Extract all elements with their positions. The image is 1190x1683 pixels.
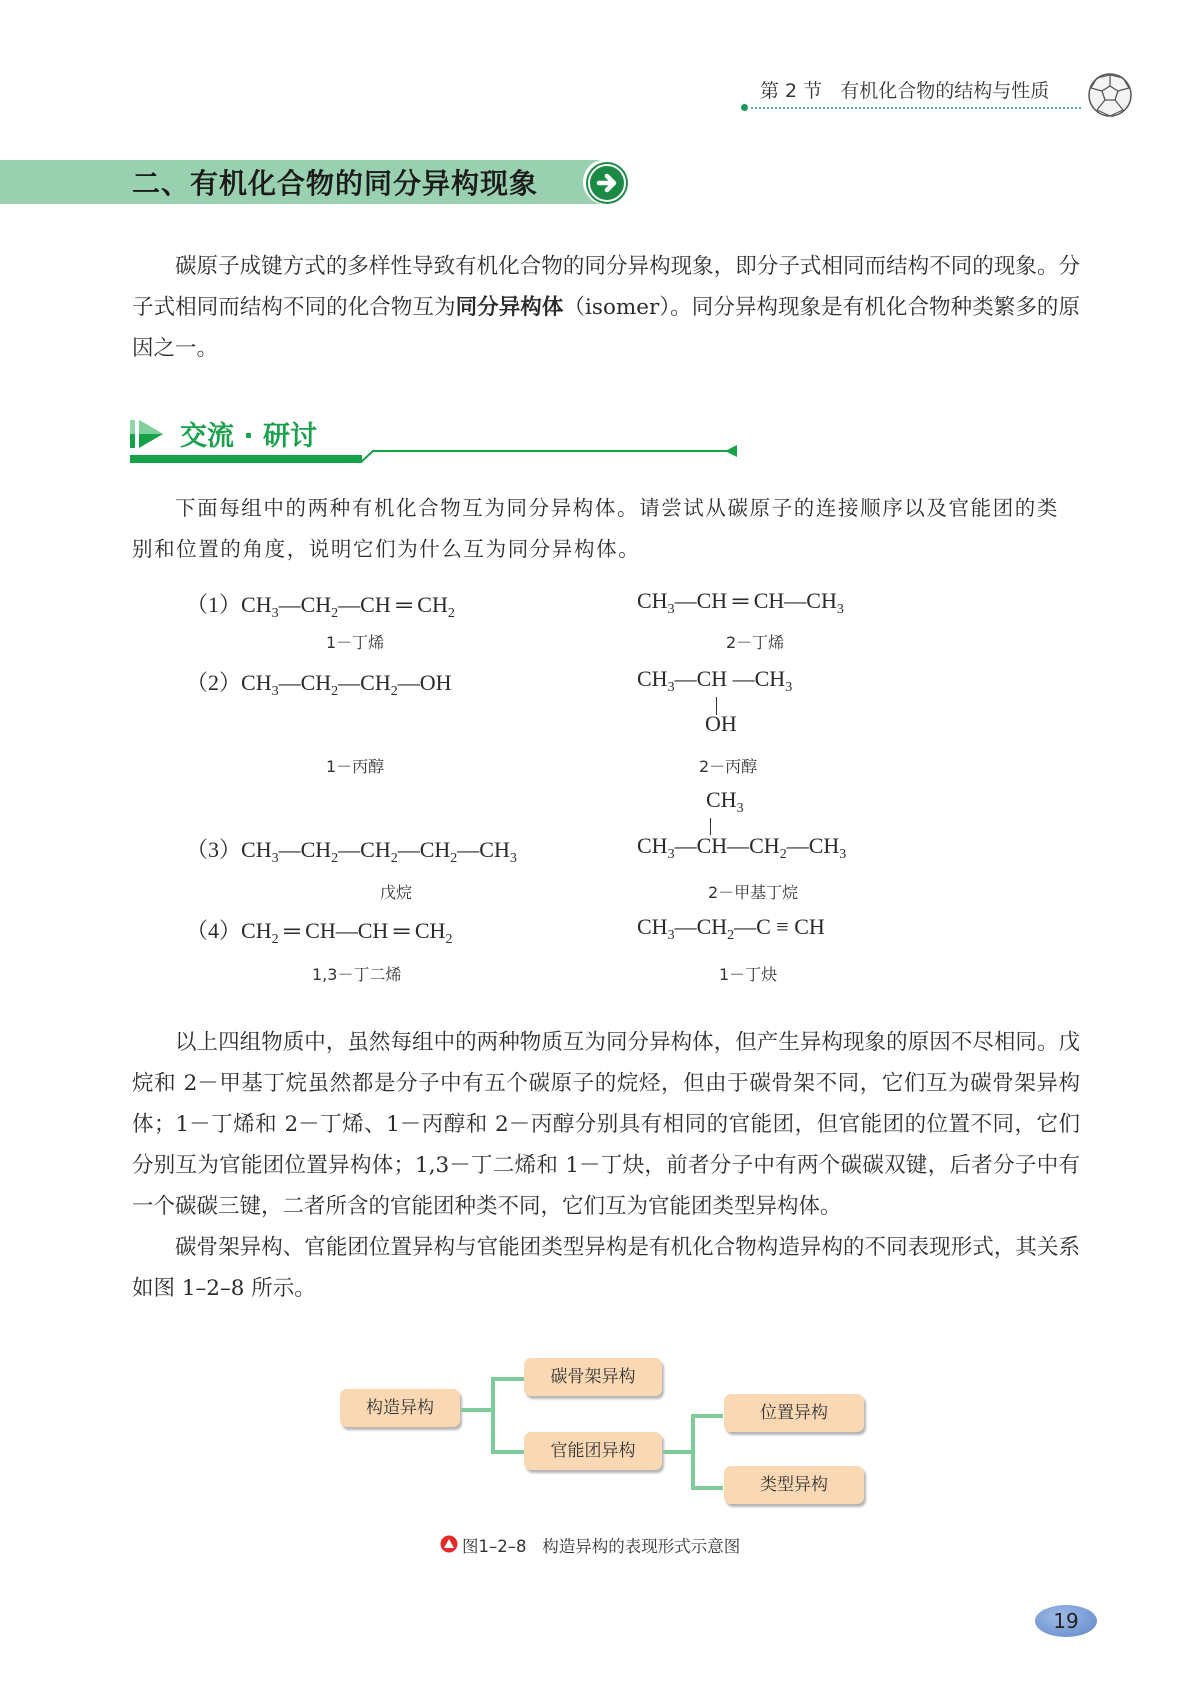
group-2-right-branch: OH [705,711,737,737]
explanation: 以上四组物质中，虽然每组中的两种物质互为同分异构体，但产生异构现象的原因不尽相同… [132,1022,1080,1309]
explanation-paragraph-2: 碳骨架异构、官能团位置异构与官能团类型异构是有机化合物构造异构的不同表现形式，其… [132,1227,1080,1309]
node-position-isomerism: 位置异构 [724,1394,864,1432]
group-1-right-name: 2－丁烯 [726,630,784,653]
play-marker-icon [130,418,166,450]
figure-marker-icon [440,1535,458,1553]
node-carbon-skeleton-isomerism: 碳骨架异构 [524,1358,662,1396]
header-dotted-rule [751,107,1081,109]
connector-line [691,1486,723,1490]
section-title: 有机化合物的结构与性质 [840,80,1049,102]
fullerene-icon [1087,72,1133,118]
prompt-text: 下面每组中的两种有机化合物互为同分异构体。请尝试从碳原子的连接顺序以及官能团的类… [132,488,1080,570]
group-4-right-formula: CH3—CH2—C ≡ CH [637,914,825,944]
intro-paragraph: 碳原子成键方式的多样性导致有机化合物的同分异构现象，即分子式相同而结构不同的现象… [132,246,1080,369]
connector-line [662,1450,694,1454]
figure-caption: 图1–2–8 构造异构的表现形式示意图 [462,1533,740,1557]
connector-line [691,1414,723,1418]
key-term: 同分异构体 [456,295,564,320]
group-3-left-name: 戊烷 [380,880,412,903]
section-label: 第 2 节 [760,80,822,102]
group-3-left-formula: （3）CH3—CH2—CH2—CH2—CH3 [186,833,517,867]
group-1-right-formula: CH3—CH ═ CH—CH3 [637,588,844,618]
group-2-right-name: 2－丙醇 [699,754,757,777]
triangle-marker-icon [725,445,737,457]
group-3-right-branch: CH3 [706,787,744,817]
group-3-right-formula: CH3—CH—CH2—CH3 [637,833,846,863]
node-functional-group-isomerism: 官能团异构 [524,1432,662,1470]
group-2-left-name: 1－丙醇 [326,754,384,777]
node-structural-isomerism: 构造异构 [340,1389,460,1427]
explanation-paragraph-1: 以上四组物质中，虽然每组中的两种物质互为同分异构体，但产生异构现象的原因不尽相同… [132,1022,1080,1227]
node-type-isomerism: 类型异构 [724,1466,864,1504]
page-number: 19 [1035,1605,1097,1637]
connector-line [460,1408,494,1412]
group-3-right-name: 2－甲基丁烷 [708,880,798,903]
section-title-heading: 二、有机化合物的同分异构现象 [132,162,538,202]
group-4-left-formula: （4）CH2 ═ CH—CH ═ CH2 [186,914,452,948]
connector-line [491,1450,527,1454]
group-4-right-name: 1－丁炔 [719,962,777,985]
header-dot [741,104,748,111]
discussion-prompt: 下面每组中的两种有机化合物互为同分异构体。请尝试从碳原子的连接顺序以及官能团的类… [132,488,1080,570]
running-header: 第 2 节 有机化合物的结构与性质 [760,76,1049,103]
connector-line [491,1377,527,1381]
group-1-left-formula: （1）CH3—CH2—CH ═ CH2 [186,588,455,622]
group-1-left-name: 1－丁烯 [326,630,384,653]
group-4-left-name: 1,3－丁二烯 [312,962,401,985]
group-2-left-formula: （2）CH3—CH2—CH2—OH [186,666,451,700]
discussion-underline-line [372,450,737,452]
connector-line [691,1414,695,1490]
discussion-title: 交流 · 研讨 [180,414,317,453]
connector-line [491,1377,495,1454]
discussion-underline-bar [130,455,362,463]
arrow-right-icon [588,164,626,202]
group-2-right-formula: CH3—CH —CH3 [637,666,792,696]
